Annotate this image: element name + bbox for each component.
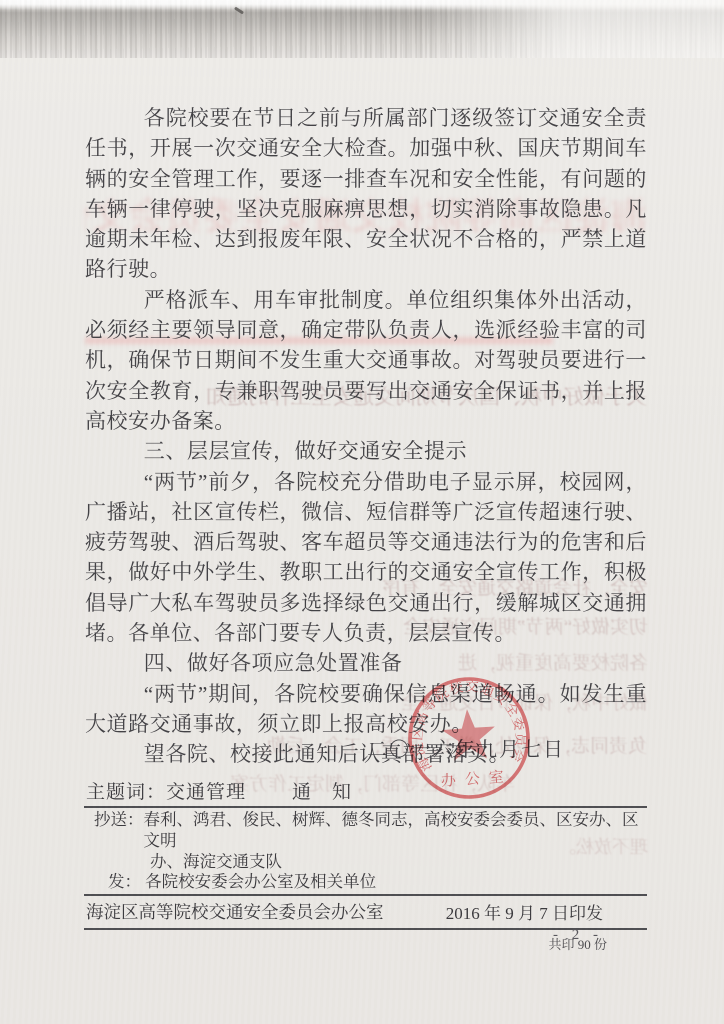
subject-value: 交通管理	[166, 777, 246, 804]
subject-label: 主题词：	[86, 777, 166, 804]
seal-star-icon	[440, 707, 497, 761]
subject-doc-type: 通 知	[292, 777, 352, 804]
scanned-document-page: 海淀区高等院校交通安全委员会文件 关于做好中秋、国庆节期间交通安全工作的通知 安…	[0, 0, 724, 1024]
document-body: 各院校要在节日之前与所属部门逐级签订交通安全责任书，开展一次交通安全大检查。加强…	[85, 103, 647, 770]
paragraph-dispatch-approval: 严格派车、用车审批制度。单位组织集体外出活动，必须经主要领导同意，确定带队负责人…	[85, 285, 647, 436]
cc-recipients-line2: 办、海淀交通支队	[84, 852, 647, 873]
paragraph-publicity: “两节”前夕，各院校充分借助电子显示屏，校园网，广播站，社区宣传栏，微信、短信群…	[85, 467, 647, 649]
print-date: 2016 年 9 月 7 日印发	[446, 899, 603, 924]
issuer-row: 海淀区高等院校交通安全委员会办公室 2016 年 9 月 7 日印发	[84, 896, 647, 930]
paragraph-vehicle-inspection: 各院校要在节日之前与所属部门逐级签订交通安全责任书，开展一次交通安全大检查。加强…	[85, 103, 647, 285]
issue-value: 各院校安委会办公室及相关单位	[145, 872, 376, 891]
section-heading-three: 三、层层宣传，做好交通安全提示	[85, 436, 647, 466]
issue-label: 发：	[108, 872, 141, 891]
cc-block: 抄送： 春利、鸿君、俊民、树辉、德冬同志，高校安委会委员、区安办、区文明 办、海…	[84, 808, 647, 896]
cc-label: 抄送：	[94, 810, 144, 852]
issuer-name: 海淀区高等院校交通安全委员会办公室	[86, 899, 384, 924]
issue-row: 发： 各院校安委会办公室及相关单位	[84, 872, 647, 893]
cc-recipients-line1: 春利、鸿君、俊民、树辉、德冬同志，高校安委会委员、区安办、区文明	[144, 810, 648, 852]
scan-edge-band	[0, 0, 724, 58]
subject-row: 主题词： 交通管理 通 知	[84, 777, 647, 808]
paragraph-emergency: “两节”期间，各院校要确保信息渠道畅通。如发生重大道路交通事故，须立即上报高校安…	[85, 679, 647, 740]
section-heading-four: 四、做好各项应急处置准备	[85, 648, 647, 678]
cc-row: 抄送： 春利、鸿君、俊民、树辉、德冬同志，高校安委会委员、区安办、区文明	[84, 810, 647, 852]
page-number: - 2 -	[553, 927, 603, 944]
